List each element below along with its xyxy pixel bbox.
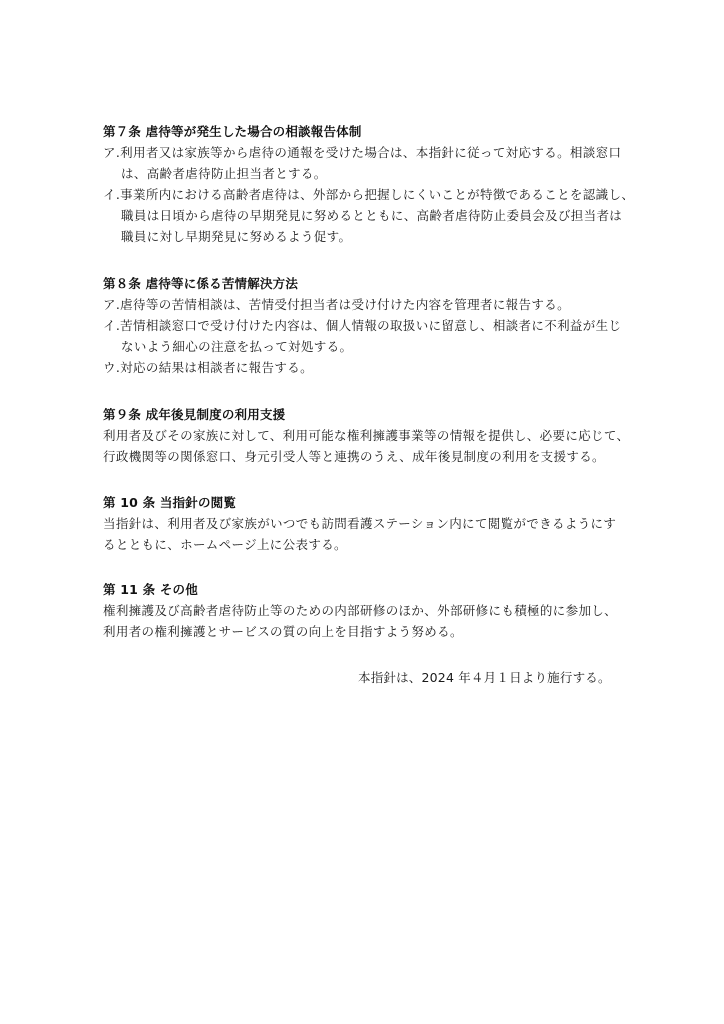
paragraph-line: 行政機関等の関係窓口、身元引受人等と連携のうえ、成年後見制度の利用を支援する。 bbox=[103, 446, 623, 467]
paragraph-line: イ.苦情相談窓口で受け付けた内容は、個人情報の取扱いに留意し、相談者に不利益が生… bbox=[103, 315, 623, 336]
article-9: 第９条 成年後見制度の利用支援 利用者及びその家族に対して、利用可能な権利擁護事… bbox=[103, 404, 623, 467]
paragraph-line: 職員は日頃から虐待の早期発見に努めるとともに、高齢者虐待防止委員会及び担当者は bbox=[103, 205, 623, 226]
paragraph-line: 当指針は、利用者及び家族がいつでも訪問看護ステーション内にて閲覧ができるようにす bbox=[103, 513, 623, 534]
enforcement-date: 本指針は、2024 年４月１日より施行する。 bbox=[358, 667, 611, 688]
document-page: 第７条 虐待等が発生した場合の相談報告体制 ア.利用者又は家族等から虐待の通報を… bbox=[0, 0, 724, 1024]
paragraph-line: イ.事業所内における高齢者虐待は、外部から把握しにくいことが特徴であることを認識… bbox=[103, 184, 623, 205]
paragraph-line: は、高齢者虐待防止担当者とする。 bbox=[103, 163, 623, 184]
article-heading: 第８条 虐待等に係る苦情解決方法 bbox=[103, 273, 623, 294]
article-heading: 第９条 成年後見制度の利用支援 bbox=[103, 404, 623, 425]
article-heading: 第 11 条 その他 bbox=[103, 579, 623, 600]
paragraph-line: ア.利用者又は家族等から虐待の通報を受けた場合は、本指針に従って対応する。相談窓… bbox=[103, 142, 623, 163]
paragraph-line: ないよう細心の注意を払って対処する。 bbox=[103, 336, 623, 357]
paragraph-line: 権利擁護及び高齢者虐待防止等のための内部研修のほか、外部研修にも積極的に参加し、 bbox=[103, 600, 623, 621]
article-8: 第８条 虐待等に係る苦情解決方法 ア.虐待等の苦情相談は、苦情受付担当者は受け付… bbox=[103, 273, 623, 378]
paragraph-line: 利用者の権利擁護とサービスの質の向上を目指すよう努める。 bbox=[103, 621, 623, 642]
article-11: 第 11 条 その他 権利擁護及び高齢者虐待防止等のための内部研修のほか、外部研… bbox=[103, 579, 623, 642]
article-10: 第 10 条 当指針の閲覧 当指針は、利用者及び家族がいつでも訪問看護ステーショ… bbox=[103, 492, 623, 555]
paragraph-line: ア.虐待等の苦情相談は、苦情受付担当者は受け付けた内容を管理者に報告する。 bbox=[103, 294, 623, 315]
paragraph-line: 利用者及びその家族に対して、利用可能な権利擁護事業等の情報を提供し、必要に応じて… bbox=[103, 425, 623, 446]
article-heading: 第７条 虐待等が発生した場合の相談報告体制 bbox=[103, 121, 623, 142]
paragraph-line: 職員に対し早期発見に努めるよう促す。 bbox=[103, 226, 623, 247]
paragraph-line: るとともに、ホームページ上に公表する。 bbox=[103, 534, 623, 555]
article-7: 第７条 虐待等が発生した場合の相談報告体制 ア.利用者又は家族等から虐待の通報を… bbox=[103, 121, 623, 247]
paragraph-line: ウ.対応の結果は相談者に報告する。 bbox=[103, 357, 623, 378]
article-heading: 第 10 条 当指針の閲覧 bbox=[103, 492, 623, 513]
